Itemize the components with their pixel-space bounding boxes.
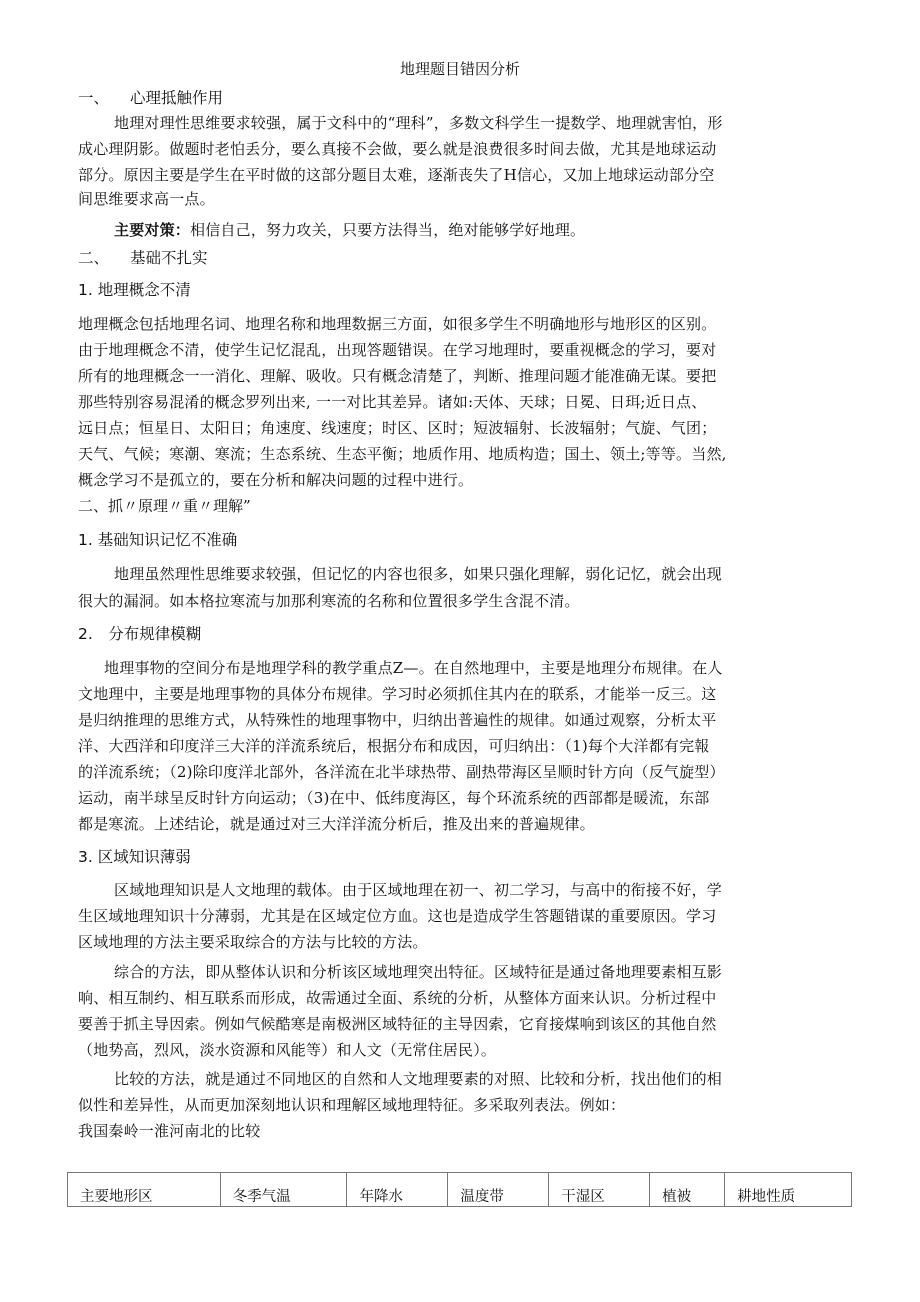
- paragraph-line: 远日点；恒星日、太阳日；角速度、线速度；时区、区时；短波辐射、长波辐射；气旋、气…: [78, 417, 716, 438]
- paragraph-line: 部分。原因主要是学生在平时做的这部分题目太难，逐渐丧失了H信心，又加上地球运动部…: [78, 164, 715, 185]
- paragraph-line: 地理对理性思维要求较强，属于文科中的“理科”，多数文科学生一提数学、地理就害怕，…: [114, 112, 723, 133]
- section-title: 心理抵触作用: [130, 89, 223, 107]
- paragraph-line: 比较的方法，就是通过不同地区的自然和人文地理要素的对照、比较和分析，找出他们的相: [114, 1068, 722, 1089]
- section-number: 一、: [78, 86, 130, 108]
- table-header-row: 主要地形区 冬季气温 年降水 温度带 干湿区 植被 耕地性质: [68, 1173, 852, 1207]
- table-header-cell: 年降水: [347, 1173, 448, 1207]
- paragraph-line: 地理概念包括地理名词、地理名称和地理数据三方面，如很多学生不明确地形与地形区的区…: [78, 313, 716, 334]
- section-title: 基础不扎实: [130, 249, 208, 267]
- table-header-cell: 温度带: [448, 1173, 549, 1207]
- comparison-table: 主要地形区 冬季气温 年降水 温度带 干湿区 植被 耕地性质: [67, 1172, 852, 1207]
- paragraph-line: 运动，南半球呈反时针方向运动；（3)在中、低纬度海区，每个环流系统的西部都是暖流…: [78, 787, 710, 808]
- paragraph-line: 综合的方法，即从整体认识和分析该区域地理突出特征。区域特征是通过备地理要素相互影: [114, 961, 722, 982]
- paragraph-line: 似性和差异性，从而更加深刻地认识和理解区域地理特征。多采取列表法。例如：: [78, 1094, 625, 1115]
- strategy-text: 相信自己，努力攻关，只要方法得当，绝对能够学好地理。: [190, 221, 585, 239]
- section-number: 二、: [78, 246, 130, 268]
- subsection-heading: 1. 基础知识记忆不准确: [78, 528, 237, 550]
- subsection-heading: 3. 区域知识薄弱: [78, 845, 191, 867]
- paragraph-line: 要善于抓主导因索。例如气候酷寒是南极洲区域特征的主导因索，它育接煤响到该区的其他…: [78, 1013, 716, 1034]
- strategy-label: 主要对策：: [114, 221, 190, 239]
- table-header-cell: 干湿区: [549, 1173, 650, 1207]
- section-1-heading: 一、心理抵触作用: [78, 86, 223, 108]
- section-2-heading: 二、基础不扎实: [78, 246, 208, 268]
- paragraph-line: 地理事物的空间分布是地理学科的教学重点Z—。在自然地理中，主要是地理分布规律。在…: [104, 657, 723, 678]
- paragraph-line: 很大的漏洞。如本格拉寒流与加那利寒流的名称和位置很多学生含混不清。: [78, 590, 580, 611]
- paragraph-line: 地理虽然理性思维要求较强，但记忆的内容也很多，如果只强化理解，弱化记忆，就会出现: [114, 563, 722, 584]
- paragraph-line: 那些特别容易混淆的概念罗列出来, 一一对比其差异。诸如:天体、天球；日冕、日珥;…: [78, 391, 706, 412]
- paragraph-line: 所有的地理概念一一消化、理解、吸收。只有概念清楚了，判断、推理问题才能准确无谋。…: [78, 365, 716, 386]
- subsection-heading: 2. 分布规律模糊: [78, 622, 201, 644]
- table-header-cell: 冬季气温: [220, 1173, 347, 1207]
- table-header-cell: 耕地性质: [725, 1173, 852, 1207]
- document-page: 地理题目错因分析 一、心理抵触作用 地理对理性思维要求较强，属于文科中的“理科”…: [0, 0, 920, 1302]
- paragraph-line: 响、相互制约、相互联系而形成，故需通过全面、系统的分析，从整体方面来认识。分析过…: [78, 987, 716, 1008]
- paragraph-line: 概念学习不是孤立的，要在分析和解决问题的过程中进行。: [78, 469, 473, 490]
- paragraph-line: 是归纳推理的思维方式，从特殊性的地理事物中，归纳出普遍性的规律。如通过观察，分析…: [78, 709, 716, 730]
- document-title: 地理题目错因分析: [0, 58, 920, 79]
- paragraph-line: 区域地理的方法主要采取综合的方法与比较的方法。: [78, 931, 428, 952]
- paragraph-line: 生区域地理知识十分薄弱，尤其是在区域定位方血。这也是造成学生答题错谋的重要原因。…: [78, 905, 716, 926]
- paragraph-line: 文地理中，主要是地理事物的具体分布规律。学习时必须抓住其内在的联系，才能举一反三…: [78, 683, 716, 704]
- paragraph-line: 都是寒流。上述结论，就是通过对三大洋洋流分析后，推及出来的普遍规律。: [78, 813, 595, 834]
- table-header-cell: 植被: [650, 1173, 725, 1207]
- paragraph-line: 间思维要求高一点。: [78, 188, 215, 209]
- subsection-heading: 1. 地理概念不清: [78, 278, 191, 300]
- paragraph-line: （地势高，烈风，淡水资源和风能等）和人文（无常住居民）。: [78, 1039, 496, 1060]
- strategy-line: 主要对策：相信自己，努力攻关，只要方法得当，绝对能够学好地理。: [114, 219, 585, 240]
- paragraph-line: 天气、气候；寒潮、寒流；生态系统、生态平衡；地质作用、地质构造；国土、领土;等等…: [78, 443, 727, 464]
- paragraph-line: 由于地理概念不清，使学生记忆混乱，出现答题错误。在学习地理时，要重视概念的学习，…: [78, 339, 716, 360]
- paragraph-line: 的洋流系统；（2)除印度洋北部外，各洋流在北半球热带、副热带海区呈顺时针方向（反…: [78, 761, 725, 782]
- paragraph-line: 区域地理知识是人文地理的载体。由于区域地理在初一、初二学习，与高中的衔接不好，学: [114, 879, 722, 900]
- table-caption: 我国秦岭一淮河南北的比较: [78, 1120, 260, 1141]
- paragraph-line: 成心理阴影。做题时老怕丢分，要么真接不会做，要么就是浪费很多时间去做，尤其是地球…: [78, 138, 716, 159]
- paragraph-line: 洋、大西洋和印度洋三大洋的洋流系统后，根据分布和成因，可归纳出：（1)每个大洋都…: [78, 735, 710, 756]
- table-header-cell: 主要地形区: [68, 1173, 221, 1207]
- section-3-heading: 二、抓〃原理〃重〃理解”: [78, 495, 251, 516]
